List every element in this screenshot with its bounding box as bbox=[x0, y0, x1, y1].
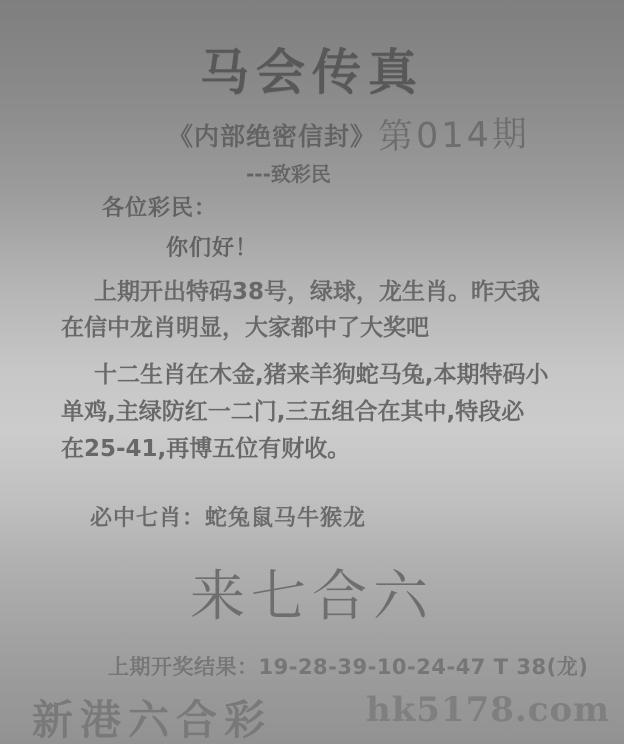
website-text: hk5178.com bbox=[366, 690, 610, 730]
dedication-line: ---致彩民 bbox=[246, 158, 331, 187]
paragraph-last-draw: 上期开出特码38号，绿球，龙生肖。昨天我 在信中龙肖明显，大家都中了大奖吧 bbox=[61, 274, 566, 346]
salutation: 各位彩民： bbox=[102, 191, 217, 222]
last-draw-result: 上期开奖结果：19-28-39-10-24-47 T 38(龙) bbox=[108, 651, 588, 681]
paragraph-zodiac-tips: 十二生肖在木金,猪来羊狗蛇马兔,本期特码小 单鸡,主绿防红一二门,三五组合在其中… bbox=[61, 357, 566, 468]
page-title: 马会传真 bbox=[0, 34, 624, 104]
subtitle-envelope: 《内部绝密信封》 bbox=[168, 117, 376, 153]
fax-document: 马会传真 《内部绝密信封》 第014期 ---致彩民 各位彩民： 你们好！ 上期… bbox=[0, 0, 624, 744]
brand-name: 新港六合彩 bbox=[32, 687, 272, 744]
greeting: 你们好！ bbox=[166, 231, 258, 262]
slogan: 来七合六 bbox=[0, 552, 624, 631]
issue-number: 第014期 bbox=[378, 107, 531, 160]
seven-zodiac-picks: 必中七肖：蛇兔鼠马牛猴龙 bbox=[90, 501, 366, 532]
